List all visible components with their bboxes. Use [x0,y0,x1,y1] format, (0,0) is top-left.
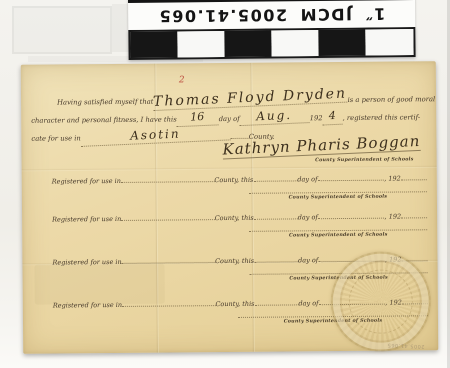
certificate-document: 2 Having satisfied myself that Thomas Fl… [21,61,439,354]
blank-county-line [121,211,215,221]
printed-text: Having satisfied myself that [57,94,154,111]
printed-text: is a person of good moral [347,91,435,108]
scale-bar-cell-black [224,31,271,57]
registration-block: Registered for use in County, this day o… [52,171,427,202]
scale-bar-cell-white [177,31,224,57]
signature-block: Kathryn Pharis Boggan County Superintend… [221,135,421,164]
printed-text: 192 [310,110,323,126]
year-digit-handwritten: 4 [322,108,343,126]
registered-for-use-in-label: Registered for use in [52,215,121,224]
blank-day-line [254,296,298,305]
ghost-bleedthrough-shape [12,6,112,54]
year-192-label: , 192 [384,175,401,183]
year-192-label: , 192 [385,213,402,221]
registration-row: Registered for use in County, this day o… [52,171,427,185]
red-annotation-mark: 2 [179,75,185,85]
embossed-seal [330,251,431,352]
accession-number-label: 1″ JDCM 2005.41.065 [158,4,385,25]
scale-bar-cell-black [130,31,177,57]
county-this-label: County, this [215,257,254,265]
day-of-label: day of [298,256,318,264]
month-handwritten: Aug. [239,106,310,126]
blank-year-line [401,209,427,218]
photographic-scale-marker: 1″ JDCM 2005.41.065 [128,0,416,60]
blank-day-line [254,210,298,219]
county-this-label: County, this [215,214,254,222]
scale-bar-cell-white [271,30,318,56]
scale-bar-cell-white [365,29,413,56]
superintendent-caption: County Superintendent of Schools [249,193,427,201]
registered-for-use-in-label: Registered for use in [52,177,121,186]
county-this-label: County, this [215,300,254,308]
blank-month-line [317,172,384,182]
blank-county-line [122,297,216,307]
day-of-label: day of [298,213,318,221]
blank-day-line [253,172,297,181]
checkered-scale-bar [128,27,415,60]
blank-day-line [254,253,298,262]
printed-text: cate for use in [31,130,81,146]
registered-for-use-in-label: Registered for use in [53,301,122,310]
registration-row: Registered for use in County, this day o… [52,209,427,223]
photo-stage: 1″ JDCM 2005.41.065 2 Having satisfied m… [0,0,450,368]
superintendent-signature-area: County Superintendent of Schools [249,229,427,239]
superintendent-signature-handwritten: Kathryn Pharis Boggan [222,132,421,160]
blank-year-line [401,171,427,180]
blank-month-line [318,210,385,220]
scale-bar-cell-black [318,30,365,56]
blank-county-line [121,173,215,183]
registered-for-use-in-label: Registered for use in [52,258,121,267]
county-this-label: County, this [214,176,253,184]
registration-block: Registered for use in County, this day o… [52,209,427,240]
printed-text: , registered this certif- [343,109,421,126]
superintendent-signature-area: County Superintendent of Schools [249,191,427,201]
superintendent-caption: County Superintendent of Schools [249,231,427,239]
paragraph-line-1: Having satisfied myself that Thomas Floy… [31,89,420,110]
day-of-label: day of [297,175,317,183]
day-of-label: day of [298,299,318,307]
scale-label-card: 1″ JDCM 2005.41.065 [128,0,415,30]
blank-county-line [122,254,216,264]
